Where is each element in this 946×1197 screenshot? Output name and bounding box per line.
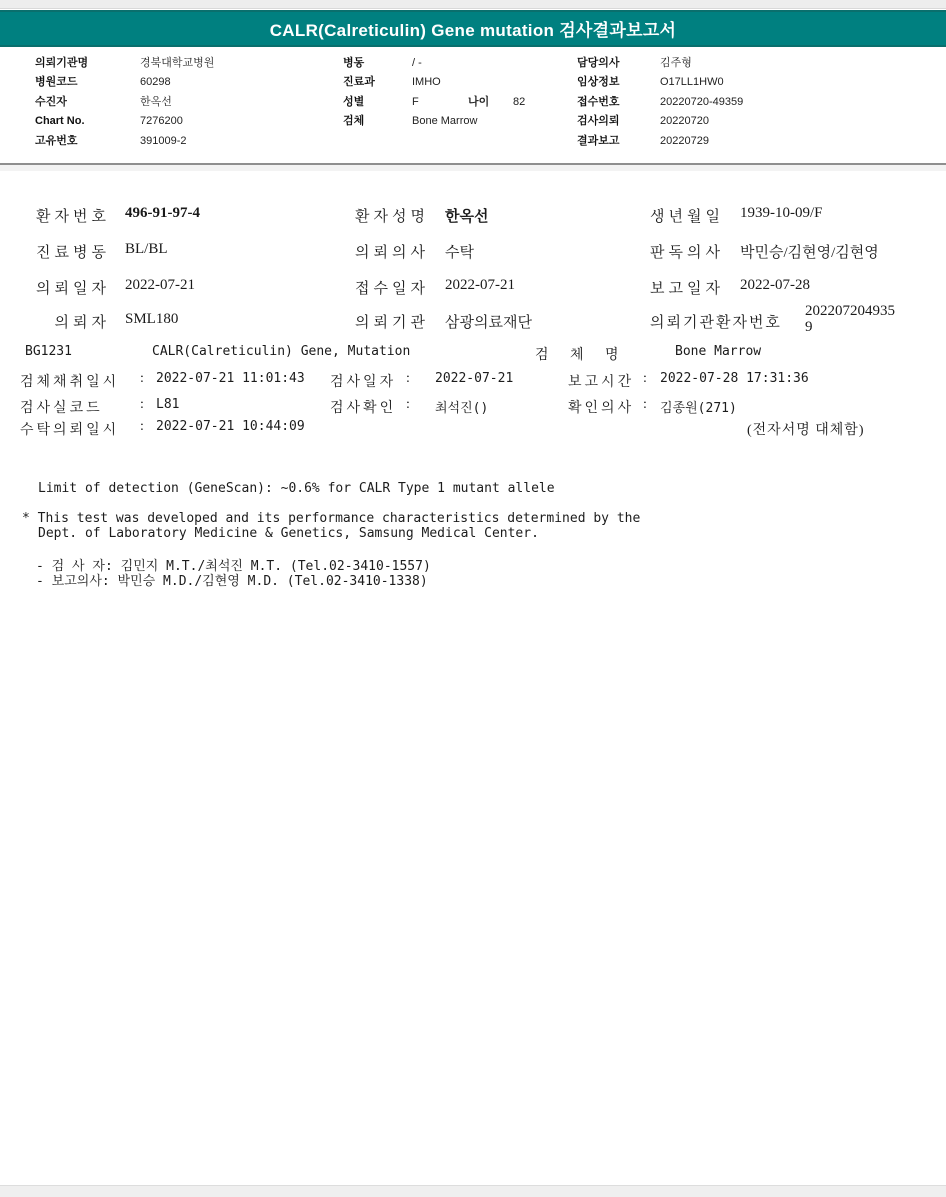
header-field-row: 성별F 나이 82 — [343, 93, 477, 112]
patient-row: 진료병동 BL/BL 의뢰의사 수탁 판독의사 박민승/김현영/김현영 — [0, 241, 946, 263]
field-label: 보고시간 — [568, 371, 634, 391]
field-value: 20220729 — [660, 135, 709, 147]
field-label: 검사의뢰 — [577, 112, 660, 131]
field-label: 결과보고 — [577, 132, 660, 151]
field-label: 검사확인 — [330, 397, 396, 417]
field-label: 의뢰자 — [26, 311, 110, 332]
header-right-column: 담당의사김주형 임상정보O17LL1HW0 접수번호20220720-49359… — [577, 54, 743, 151]
field-label: 접수번호 — [577, 93, 660, 112]
colon: : — [643, 397, 647, 413]
header-field-row: 담당의사김주형 — [577, 54, 743, 73]
test-development-note-line1: * This test was developed and its perfor… — [22, 511, 640, 526]
field-label: 병동 — [343, 54, 412, 73]
field-label: 진료병동 — [26, 241, 110, 262]
field-label: 병원코드 — [35, 73, 140, 92]
field-label: 고유번호 — [35, 132, 140, 151]
header-field-row: 임상정보O17LL1HW0 — [577, 73, 743, 92]
field-label: 의뢰일자 — [26, 277, 110, 298]
field-label: 검체채취일시 — [20, 371, 119, 391]
report-title: CALR(Calreticulin) Gene mutation 검사결과보고서 — [270, 16, 677, 41]
field-label: 검사일자 — [330, 371, 396, 391]
colon: : — [406, 371, 410, 387]
field-label: 생년월일 — [650, 205, 724, 226]
field-label: 임상정보 — [577, 73, 660, 92]
colon: : — [140, 371, 144, 387]
colon: : — [406, 397, 410, 413]
field-value: 1939-10-09/F — [740, 205, 823, 222]
test-name: CALR(Calreticulin) Gene, Mutation — [152, 344, 410, 359]
field-value: 경북대학교병원 — [140, 57, 214, 69]
field-value: 2022-07-21 — [435, 371, 513, 386]
report-page: CALR(Calreticulin) Gene mutation 검사결과보고서… — [0, 0, 946, 1197]
field-value: 20220720 — [660, 115, 709, 127]
field-label: 의뢰의사 — [355, 241, 429, 262]
patient-row: 환자번호 496-91-97-4 환자성명 한옥선 생년월일 1939-10-0… — [0, 205, 946, 227]
field-value: 2022072049359 — [805, 303, 899, 335]
test-detail-row: 수탁의뢰일시 : 2022-07-21 10:44:09 (전자서명 대체함) — [0, 419, 946, 439]
bottom-edge-strip — [0, 1185, 946, 1197]
field-label: 수진자 — [35, 93, 140, 112]
field-value: 한옥선 — [140, 96, 172, 108]
field-label: 의뢰기관 — [355, 311, 429, 332]
field-label: Chart No. — [35, 112, 140, 131]
patient-name-value: 한옥선 — [445, 205, 488, 226]
field-value: 최석진() — [435, 397, 488, 416]
header-left-column: 의뢰기관명경북대학교병원 병원코드60298 수진자한옥선 Chart No.7… — [35, 54, 214, 151]
field-value: O17LL1HW0 — [660, 76, 724, 88]
colon: : — [643, 371, 647, 387]
field-value: 김종원(271) — [660, 397, 737, 416]
header-field-row: Chart No.7276200 — [35, 112, 214, 131]
patient-number-value: 496-91-97-4 — [125, 205, 200, 222]
field-value: 391009-2 — [140, 135, 187, 147]
field-label: 의뢰기관명 — [35, 54, 140, 73]
test-detail-row: 검체채취일시 : 2022-07-21 11:01:43 검사일자 : 2022… — [0, 371, 946, 391]
field-label: 검체 — [343, 112, 412, 131]
patient-row: 의뢰일자 2022-07-21 접수일자 2022-07-21 보고일자 202… — [0, 277, 946, 299]
test-detail-row: 검사실코드 : L81 검사확인 : 최석진() 확인의사 : 김종원(271) — [0, 397, 946, 417]
header-field-row: 접수번호20220720-49359 — [577, 93, 743, 112]
field-value: 20220720-49359 — [660, 96, 743, 108]
field-value: 2022-07-21 11:01:43 — [156, 371, 305, 386]
header-field-row: 수진자한옥선 — [35, 93, 214, 112]
field-label: 수탁의뢰일시 — [20, 419, 119, 439]
field-value: 2022-07-28 17:31:36 — [660, 371, 809, 386]
field-label: 성별 — [343, 93, 412, 112]
field-label: 검사실코드 — [20, 397, 103, 417]
top-edge-strip — [0, 0, 946, 9]
header-field-row: 고유번호391009-2 — [35, 132, 214, 151]
field-label: 담당의사 — [577, 54, 660, 73]
colon: : — [140, 397, 144, 413]
age-label: 나이 — [468, 93, 489, 112]
field-value: 2022-07-21 10:44:09 — [156, 419, 305, 434]
field-value: 수탁 — [445, 241, 474, 262]
field-value: 2022-07-21 — [125, 277, 195, 294]
header-field-row: 검체Bone Marrow — [343, 112, 477, 131]
header-field-row: 의뢰기관명경북대학교병원 — [35, 54, 214, 73]
field-value: F — [412, 96, 419, 108]
field-label: 판독의사 — [650, 241, 724, 262]
report-title-bar: CALR(Calreticulin) Gene mutation 검사결과보고서 — [0, 10, 946, 47]
field-label: 의뢰기관환자번호 — [650, 311, 782, 332]
field-value: 박민승/김현영/김현영 — [740, 241, 879, 262]
field-label: 보고일자 — [650, 277, 724, 298]
age-value: 82 — [513, 93, 525, 112]
header-divider-shade — [0, 165, 946, 171]
field-value: L81 — [156, 397, 179, 412]
patient-row: 의뢰자 SML180 의뢰기관 삼광의료재단 의뢰기관환자번호 20220720… — [0, 311, 946, 333]
field-label: 접수일자 — [355, 277, 429, 298]
field-value: 2022-07-28 — [740, 277, 810, 294]
field-value: SML180 — [125, 311, 178, 328]
header-field-row: 진료과IMHO — [343, 73, 477, 92]
field-label: 확인의사 — [568, 397, 634, 417]
header-field-row: 병동/ - — [343, 54, 477, 73]
header-field-row: 검사의뢰20220720 — [577, 112, 743, 131]
field-value: 김주형 — [660, 57, 692, 69]
test-code: BG1231 — [25, 344, 72, 359]
field-label: 환자번호 — [26, 205, 110, 226]
field-value: 2022-07-21 — [445, 277, 515, 294]
header-field-row: 병원코드60298 — [35, 73, 214, 92]
electronic-signature-note: (전자서명 대체함) — [747, 419, 865, 439]
specimen-value: Bone Marrow — [675, 344, 761, 359]
colon: : — [140, 419, 144, 435]
test-title-row: BG1231 CALR(Calreticulin) Gene, Mutation… — [0, 344, 946, 364]
field-value: IMHO — [412, 76, 441, 88]
field-value: 삼광의료재단 — [445, 311, 532, 332]
field-value: Bone Marrow — [412, 115, 477, 127]
field-value: 7276200 — [140, 115, 183, 127]
field-value: 60298 — [140, 76, 171, 88]
limit-of-detection-note: Limit of detection (GeneScan): ~0.6% for… — [38, 481, 555, 496]
field-value: BL/BL — [125, 241, 168, 258]
field-label: 진료과 — [343, 73, 412, 92]
field-label: 환자성명 — [355, 205, 429, 226]
test-development-note-line2: Dept. of Laboratory Medicine & Genetics,… — [38, 526, 539, 541]
field-value: / - — [412, 57, 422, 69]
specimen-label: 검 체 명 — [535, 344, 628, 364]
header-middle-column: 병동/ - 진료과IMHO 성별F 나이 82 검체Bone Marrow — [343, 54, 477, 132]
reporting-doctor-contact-note: - 보고의사: 박민승 M.D./김현영 M.D. (Tel.02-3410-1… — [36, 570, 428, 589]
header-field-row: 결과보고20220729 — [577, 132, 743, 151]
